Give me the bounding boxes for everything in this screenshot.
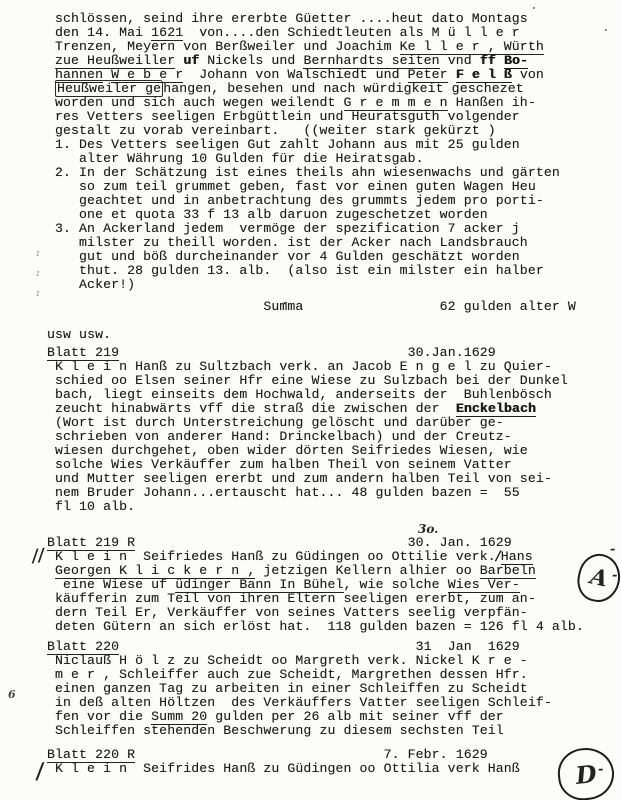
text-line: deten Gütern an sich erlöst hat. 118 gul… (55, 620, 621, 634)
text-line: thut. 28 gulden 13. alb. (also ist ein m… (55, 264, 621, 278)
text-segment: gulden per 26 alb mit seiner vff der (207, 709, 504, 724)
text-segment: (Wort ist durch Unterstreichung gelöscht… (55, 415, 504, 430)
text-line: in deß alten Höltzen des Verkäuffers Vat… (55, 696, 621, 710)
text-line: schlössen, seind ihre ererbte Güetter ..… (55, 12, 621, 26)
text-segment: wiesen durchgehet, oben wider dörten Sei… (55, 443, 528, 458)
text-segment: dern Teil Er, Verkäuffer von seines Vatt… (55, 605, 528, 620)
scanned-document-page: schlössen, seind ihre ererbte Güetter ..… (0, 0, 621, 800)
right-margin-dash-3: - (598, 762, 603, 777)
text-line: schied oo Elsen seiner Hfr eine Wiese zu… (55, 374, 621, 388)
text-line: so zum teil grummet geben, fast vor eine… (55, 180, 621, 194)
text-line: gestalt zu vorab vereinbart. ((weiter st… (55, 124, 621, 138)
text-line: zue Heußweiller uf Nickels und Bernhardt… (55, 54, 621, 68)
text-line: fl 10 alb. (55, 500, 621, 514)
text-line: milster zu theill worden. ist der Acker … (55, 236, 621, 250)
text-segment: Acker!) (55, 277, 135, 292)
text-segment: den 14. Mai (55, 25, 151, 40)
text-segment: eine Wiese uf (55, 577, 175, 592)
text-line: Summa 62 gulden alter W (55, 300, 621, 314)
text-segment: nem Bruder Johann...ertauscht hat... 48 … (55, 485, 520, 500)
text-line: zeucht hinabwärts vff die straß die zwis… (55, 402, 621, 416)
text-segment: deten Gütern an sich erlöst hat. 118 gul… (55, 619, 584, 634)
text-segment: 3. An Ackerland jedem vermöge der spezif… (55, 221, 520, 236)
text-line: K l e i n Seifrides Hanß zu Güdingen oo … (55, 762, 621, 776)
text-line: Acker!) (55, 278, 621, 292)
text-segment: bach, liegt einseits dem Hochwald, ander… (55, 387, 552, 402)
text-segment: jetzigen Kellern alhier oo (255, 563, 479, 578)
text-segment: Niclauß H ö l z zu Scheidt oo Margreth v… (55, 653, 528, 668)
text-segment (448, 67, 456, 82)
text-line: one et quota 33 f 13 alb daruon zugesche… (55, 208, 621, 222)
text-segment: hangen, besehen und nach würdigkeit gesc… (163, 81, 524, 96)
scan-speck-top-right: · (604, 24, 608, 37)
margin-double-slash-mark: // (31, 545, 46, 567)
scan-speck-top-mid: · (532, 2, 536, 15)
text-line: nem Bruder Johann...ertauscht hat... 48 … (55, 486, 621, 500)
text-line: einen ganzen Tag zu arbeiten in einer Sc… (55, 682, 621, 696)
text-line: eine Wiese uf üdinger Bann In Bühel, wie… (55, 578, 621, 592)
text-segment: one et quota 33 f 13 alb daruon zugesche… (55, 207, 488, 222)
text-line: 2. In der Schätzung ist eines theils ahn… (55, 166, 621, 180)
text-segment: K l e i n Seifrides Hanß zu Güdingen oo … (55, 761, 520, 776)
text-segment: ff (480, 53, 496, 68)
summa-tick-mark: - (283, 296, 288, 309)
text-segment: K l e i n Seifriedes Hanß zu Güdingen oo… (55, 549, 496, 564)
text-segment: 30.Jan.1629 (119, 345, 496, 360)
text-segment: 31 Jan 1629 (119, 639, 520, 654)
text-segment: fl 10 alb. (55, 499, 135, 514)
text-line: usw usw. (47, 328, 621, 342)
text-line: dern Teil Er, Verkäuffer von seines Vatt… (55, 606, 621, 620)
text-segment: käufferin zum Teil von ihren Eltern seel… (55, 591, 536, 606)
text-line: Blatt 219 R 30. Jan. 1629 (47, 536, 621, 550)
text-line: Blatt 220 31 Jan 1629 (47, 640, 621, 654)
text-segment: solche Wies Verkäuffer zum halben Theil … (55, 457, 512, 472)
text-segment: vnd (440, 53, 480, 68)
text-segment: 1. Des Vetters seeligen Gut zahlt Johann… (55, 137, 520, 152)
text-segment: uf (183, 53, 199, 68)
text-line: K l e i n Hanß zu Sultzbach verk. an Jac… (55, 360, 621, 374)
text-segment: schrieben von anderer Hand: Drinckelbach… (55, 429, 512, 444)
document-text: schlössen, seind ihre ererbte Güetter ..… (55, 12, 621, 776)
text-line: alter Währung 10 Gulden für die Heiratsg… (55, 152, 621, 166)
text-segment: / (496, 549, 501, 564)
text-segment: zeucht hinabwärts vff die straß die zwis… (55, 401, 456, 416)
text-segment: schlössen, seind ihre ererbte Güetter ..… (55, 11, 528, 26)
text-segment: einen ganzen Tag zu arbeiten in einer Sc… (55, 681, 528, 696)
text-line: Niclauß H ö l z zu Scheidt oo Margreth v… (55, 654, 621, 668)
text-line: fen vor die Summ 20 gulden per 26 alb mi… (55, 710, 621, 724)
text-line: wiesen durchgehet, oben wider dörten Sei… (55, 444, 621, 458)
text-line: bach, liegt einseits dem Hochwald, ander… (55, 388, 621, 402)
text-line: und Mutter seeligen ererbt und zum ander… (55, 472, 621, 486)
text-segment: von (512, 67, 544, 82)
text-segment: von....den Schiedtleuten als M ü l l e r (183, 25, 520, 40)
margin-dot-2: : (36, 268, 40, 279)
text-line: Blatt 219 30.Jan.1629 (47, 346, 621, 360)
text-segment: gestalt zu vorab vereinbart. ((weiter st… (55, 123, 496, 138)
text-segment: usw usw. (47, 327, 111, 342)
text-segment: Summa 62 gulden alter W (55, 299, 576, 314)
text-segment: K l e i n Hanß zu Sultzbach verk. an Jac… (55, 359, 552, 374)
right-margin-dash-2: - (612, 568, 617, 583)
margin-scribble-6: 6 (8, 688, 16, 701)
right-margin-dash-1: - (610, 542, 615, 557)
text-segment: Johann von Walschiedt und (183, 67, 407, 82)
text-segment: gut und böß durcheinander vor 4 Gulden g… (55, 249, 520, 264)
text-line (55, 314, 621, 328)
text-line: Heußweiler gehangen, besehen und nach wü… (55, 82, 621, 96)
text-segment: res Vetters seeligen Erbgüttlein und Heu… (55, 109, 520, 124)
text-line: den 14. Mai 1621 von....den Schiedtleute… (55, 26, 621, 40)
margin-slash-mark: / (35, 758, 45, 784)
text-line: res Vetters seeligen Erbgüttlein und Heu… (55, 110, 621, 124)
text-line: schrieben von anderer Hand: Drinckelbach… (55, 430, 621, 444)
text-segment: schied oo Elsen seiner Hfr eine Wiese zu… (55, 373, 568, 388)
text-segment: Hanßen ih- (448, 95, 536, 110)
text-segment: m e r , Schleiffer auch zue Scheidt, Mar… (55, 667, 528, 682)
margin-dot-3: : (36, 288, 40, 299)
text-segment: Nickels und (199, 53, 303, 68)
text-segment: milster zu theill worden. ist der Acker … (55, 235, 528, 250)
text-line: 1. Des Vetters seeligen Gut zahlt Johann… (55, 138, 621, 152)
text-line (55, 514, 621, 536)
text-segment: 2. In der Schätzung ist eines theils ahn… (55, 165, 560, 180)
text-segment: 30. Jan. 1629 (135, 535, 512, 550)
text-line: (Wort ist durch Unterstreichung gelöscht… (55, 416, 621, 430)
text-segment: Schleiffen stehenden Beschwerung zu dies… (55, 723, 504, 738)
text-line: gut und böß durcheinander vor 4 Gulden g… (55, 250, 621, 264)
text-line: solche Wies Verkäuffer zum halben Theil … (55, 458, 621, 472)
text-segment: worden und sich auch wegen weilendt (55, 95, 344, 110)
text-segment: geachtet und in anbetrachtung des grummt… (55, 193, 544, 208)
text-segment: und Mutter seeligen ererbt und zum ander… (55, 471, 552, 486)
text-segment: Trenzen, Meyern von Berßweiler und Joach… (55, 39, 400, 54)
text-segment: in deß alten Höltzen des Verkäuffers Vat… (55, 695, 552, 710)
text-line: 3. An Ackerland jedem vermöge der spezif… (55, 222, 621, 236)
margin-dot-1: : (36, 248, 40, 259)
text-segment: 7. Febr. 1629 (135, 747, 488, 762)
text-segment (496, 53, 504, 68)
text-segment: so zum teil grummet geben, fast vor eine… (55, 179, 536, 194)
text-line: Schleiffen stehenden Beschwerung zu dies… (55, 724, 621, 738)
text-line: geachtet und in anbetrachtung des grummt… (55, 194, 621, 208)
text-segment: , wie solche (344, 577, 448, 592)
text-segment: alter Währung 10 Gulden für die Heiratsg… (55, 151, 424, 166)
text-line: K l e i n Seifriedes Hanß zu Güdingen oo… (55, 550, 621, 564)
handwritten-date-correction: 3o. (418, 522, 438, 536)
text-line: Georgen K l i c k e r n , jetzigen Kelle… (55, 564, 621, 578)
text-line: Trenzen, Meyern von Berßweiler und Joach… (55, 40, 621, 54)
text-segment: fen vor die (55, 709, 151, 724)
text-line: worden und sich auch wegen weilendt G r … (55, 96, 621, 110)
text-line: m e r , Schleiffer auch zue Scheidt, Mar… (55, 668, 621, 682)
text-line: käufferin zum Teil von ihren Eltern seel… (55, 592, 621, 606)
text-segment: thut. 28 gulden 13. alb. (also ist ein m… (55, 263, 544, 278)
text-line: Blatt 220 R 7. Febr. 1629 (47, 748, 621, 762)
